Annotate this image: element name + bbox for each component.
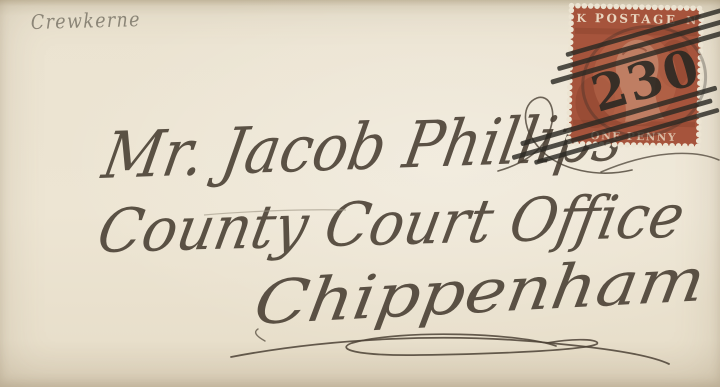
cancel-number: 230: [585, 37, 707, 124]
cancel-group: 230: [487, 2, 720, 174]
envelope-cover: Crewkerne Mr. Jacob Phillips County Cour…: [0, 0, 720, 387]
cancel-bar: [534, 108, 720, 165]
cancellation-postmark: 230: [470, 0, 720, 188]
pencil-annotation: Crewkerne: [31, 7, 142, 34]
